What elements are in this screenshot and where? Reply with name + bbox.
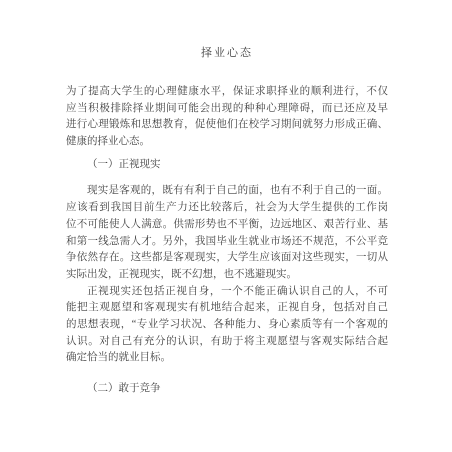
text-line: 能把主观愿望和客观现实有机地结合起来，正视自身，包括对自己 — [66, 300, 388, 317]
text-line: 位不可能使人人满意。供需形势也不平衡，边远地区、艰苦行业、基层 — [66, 217, 388, 234]
text-line: 确定恰当的就业目标。 — [66, 350, 388, 367]
section-1-paragraph-1: 现实是客观的，既有有利于自己的面，也有不利于自己的一面。 应该看到我国目前生产力… — [66, 183, 388, 283]
text-line: 的思想表现，“专业学习状况、各种能力、身心素质等有一个客观的 — [66, 317, 388, 334]
section-1-paragraph-2: 正视现实还包括正视自身，一个不能正确认识自己的人，不可 能把主观愿望和客观现实有… — [66, 284, 388, 367]
section-1-heading: （一）正视现实 — [66, 157, 388, 174]
text-line: 正视现实还包括正视自身，一个不能正确认识自己的人，不可 — [66, 284, 388, 301]
text-line: 争依然存在。这些都是客观现实，大学生应该面对这些现实，一切从 — [66, 250, 388, 267]
document-body: 为了提高大学生的心理健康水平，保证求职择业的顺利进行，不仅 应当积极排除择业期间… — [66, 84, 388, 398]
document-page: 择业心态 为了提高大学生的心理健康水平，保证求职择业的顺利进行，不仅 应当积极排… — [0, 0, 452, 452]
text-line: 实际出发，正视现实，既不幻想，也不逃避现实。 — [66, 267, 388, 284]
text-line: 健康的择业心态。 — [66, 134, 388, 151]
text-line: 为了提高大学生的心理健康水平，保证求职择业的顺利进行，不仅 — [66, 84, 388, 101]
intro-paragraph: 为了提高大学生的心理健康水平，保证求职择业的顺利进行，不仅 应当积极排除择业期间… — [66, 84, 388, 151]
text-line: 现实是客观的，既有有利于自己的面，也有不利于自己的一面。 — [66, 183, 388, 200]
text-line: 认识。对自己有充分的认识，有助于将主观愿望与客观实际结合起来， — [66, 334, 388, 351]
section-2-heading: （二）敢于竞争 — [66, 381, 388, 398]
text-line: 进行心理锻炼和思想教育，促使他们在校学习期间就努力形成正确、 — [66, 117, 388, 134]
page-title: 择业心态 — [66, 44, 388, 60]
text-line: 和第一线急需人才。另外，我国毕业生就业市场还不规范，不公平竞 — [66, 234, 388, 251]
text-line: 应当积极排除择业期间可能会出现的种种心理障碍，而已还应及早 — [66, 101, 388, 118]
text-line: 应该看到我国目前生产力还比较落后，社会为大学生提供的工作岗 — [66, 200, 388, 217]
